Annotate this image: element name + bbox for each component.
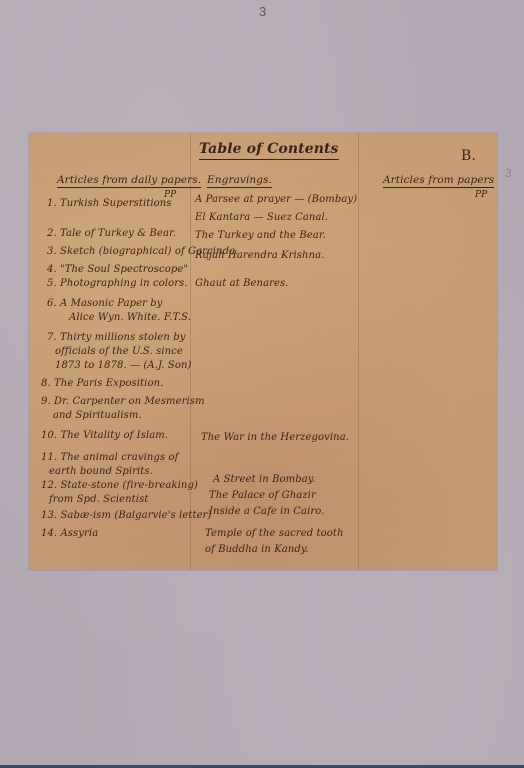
article-entry: 5. Photographing in colors. xyxy=(47,277,188,290)
column-heading-articles-daily: Articles from daily papers. xyxy=(57,174,201,188)
article-entry: 4. "The Soul Spectroscope" xyxy=(47,263,188,276)
article-entry: 12. State-stone (fire-breaking) xyxy=(41,479,198,492)
article-entry: from Spd. Scientist xyxy=(49,493,148,506)
article-entry: 10. The Vitality of Islam. xyxy=(41,429,168,442)
engraving-entry: El Kantara — Suez Canal. xyxy=(195,211,328,224)
article-entry: 1873 to 1878. — (A.J. Son) xyxy=(55,359,192,372)
engraving-entry: The Palace of Ghazir xyxy=(209,489,316,502)
engraving-entry: of Buddha in Kandy. xyxy=(205,543,309,556)
engraving-entry: The Turkey and the Bear. xyxy=(195,229,326,242)
engraving-entry: A Parsee at prayer — (Bombay) xyxy=(195,193,357,206)
corner-letter: B. xyxy=(461,148,476,164)
article-entry: Alice Wyn. White. F.T.S. xyxy=(69,311,191,324)
mount-board: 3 3 Table of Contents B. Articles from d… xyxy=(0,0,524,768)
engraving-entry: Inside a Cafe in Cairo. xyxy=(209,505,325,518)
engraving-entry: Rajah Harendra Krishna. xyxy=(195,249,324,262)
side-page-number: 3 xyxy=(505,166,512,180)
article-entry: 2. Tale of Turkey & Bear. xyxy=(47,227,176,240)
column-divider-2 xyxy=(358,133,359,570)
article-entry: 14. Assyria xyxy=(41,527,98,540)
article-entry: and Spiritualism. xyxy=(53,409,142,422)
article-entry: 1. Turkish Superstitions xyxy=(47,197,172,210)
engraving-entry: Ghaut at Benares. xyxy=(195,277,289,290)
column-heading-articles-papers: Articles from papers xyxy=(383,174,494,188)
engraving-entry: A Street in Bombay. xyxy=(213,473,316,486)
article-entry: 6. A Masonic Paper by xyxy=(47,297,163,310)
article-entry: 11. The animal cravings of xyxy=(41,451,178,464)
article-entry: 9. Dr. Carpenter on Mesmerism xyxy=(41,395,205,408)
engraving-entry: Temple of the sacred tooth xyxy=(205,527,344,540)
document-title: Table of Contents xyxy=(199,141,339,160)
column-heading-engravings: Engravings. xyxy=(207,174,272,188)
page-number: 3 xyxy=(259,4,266,19)
article-entry: earth bound Spirits. xyxy=(49,465,153,478)
column-divider-1 xyxy=(190,133,191,570)
manuscript-sheet: Table of Contents B. Articles from daily… xyxy=(29,133,497,570)
engraving-entry: The War in the Herzegovina. xyxy=(201,431,349,444)
article-entry: 8. The Paris Exposition. xyxy=(41,377,163,390)
article-entry: 13. Sabæ-ism (Balgarvie's letter) xyxy=(41,509,212,522)
article-entry: 7. Thirty millions stolen by xyxy=(47,331,185,344)
article-entry: officials of the U.S. since xyxy=(55,345,183,358)
column-annotation-pp: PP xyxy=(475,190,487,200)
